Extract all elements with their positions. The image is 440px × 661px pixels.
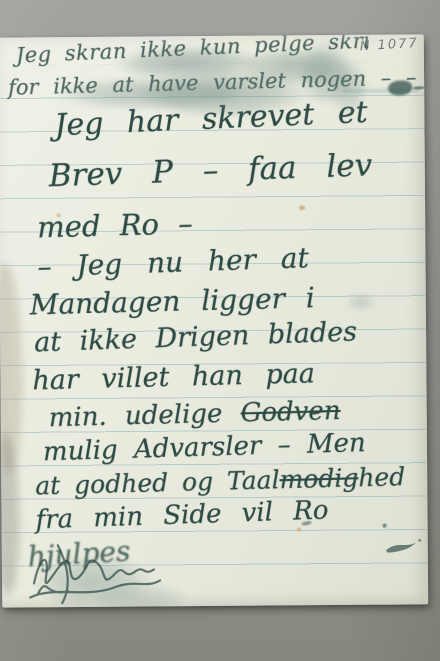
ink-fleck-squiggle <box>382 534 424 556</box>
handwritten-line: Jeg har skrevet et <box>54 98 368 141</box>
handwritten-line: – Jeg nu her at <box>37 244 309 281</box>
manuscript-page: N 1077 Jeg skran ikke kun pelge skri for… <box>0 34 428 607</box>
handwritten-line: fra min Side vil Ro <box>35 497 329 533</box>
line-text: min. udelige <box>48 398 241 433</box>
handwritten-line: Brev P – faa lev <box>48 150 372 192</box>
handwritten-line: Jeg skran ikke kun pelge skri <box>15 34 370 66</box>
struck-word: modig <box>279 463 358 494</box>
handwritten-line: mulig Advarsler – Men <box>43 430 366 465</box>
handwritten-line: at godhed og Taalmodighed <box>35 464 406 498</box>
line-text: hed <box>358 462 406 492</box>
handwritten-line: at ikke Drigen blades <box>34 318 358 356</box>
line-text: at godhed og Taal <box>35 465 280 500</box>
photograph-background: N 1077 Jeg skran ikke kun pelge skri for… <box>0 0 440 661</box>
handwriting-layer: Jeg skran ikke kun pelge skri for ikke a… <box>0 34 428 607</box>
handwritten-line: Mandagen ligger i <box>30 284 316 319</box>
handwritten-line: min. udelige Godven <box>48 398 340 431</box>
struck-word: Godven <box>240 396 341 429</box>
scribble-strokes <box>24 534 185 607</box>
handwritten-line: for ikke at have varslet nogen – – <box>8 67 417 98</box>
handwritten-line: med Ro – <box>37 209 193 242</box>
handwritten-line: har villet han paa <box>32 360 315 394</box>
